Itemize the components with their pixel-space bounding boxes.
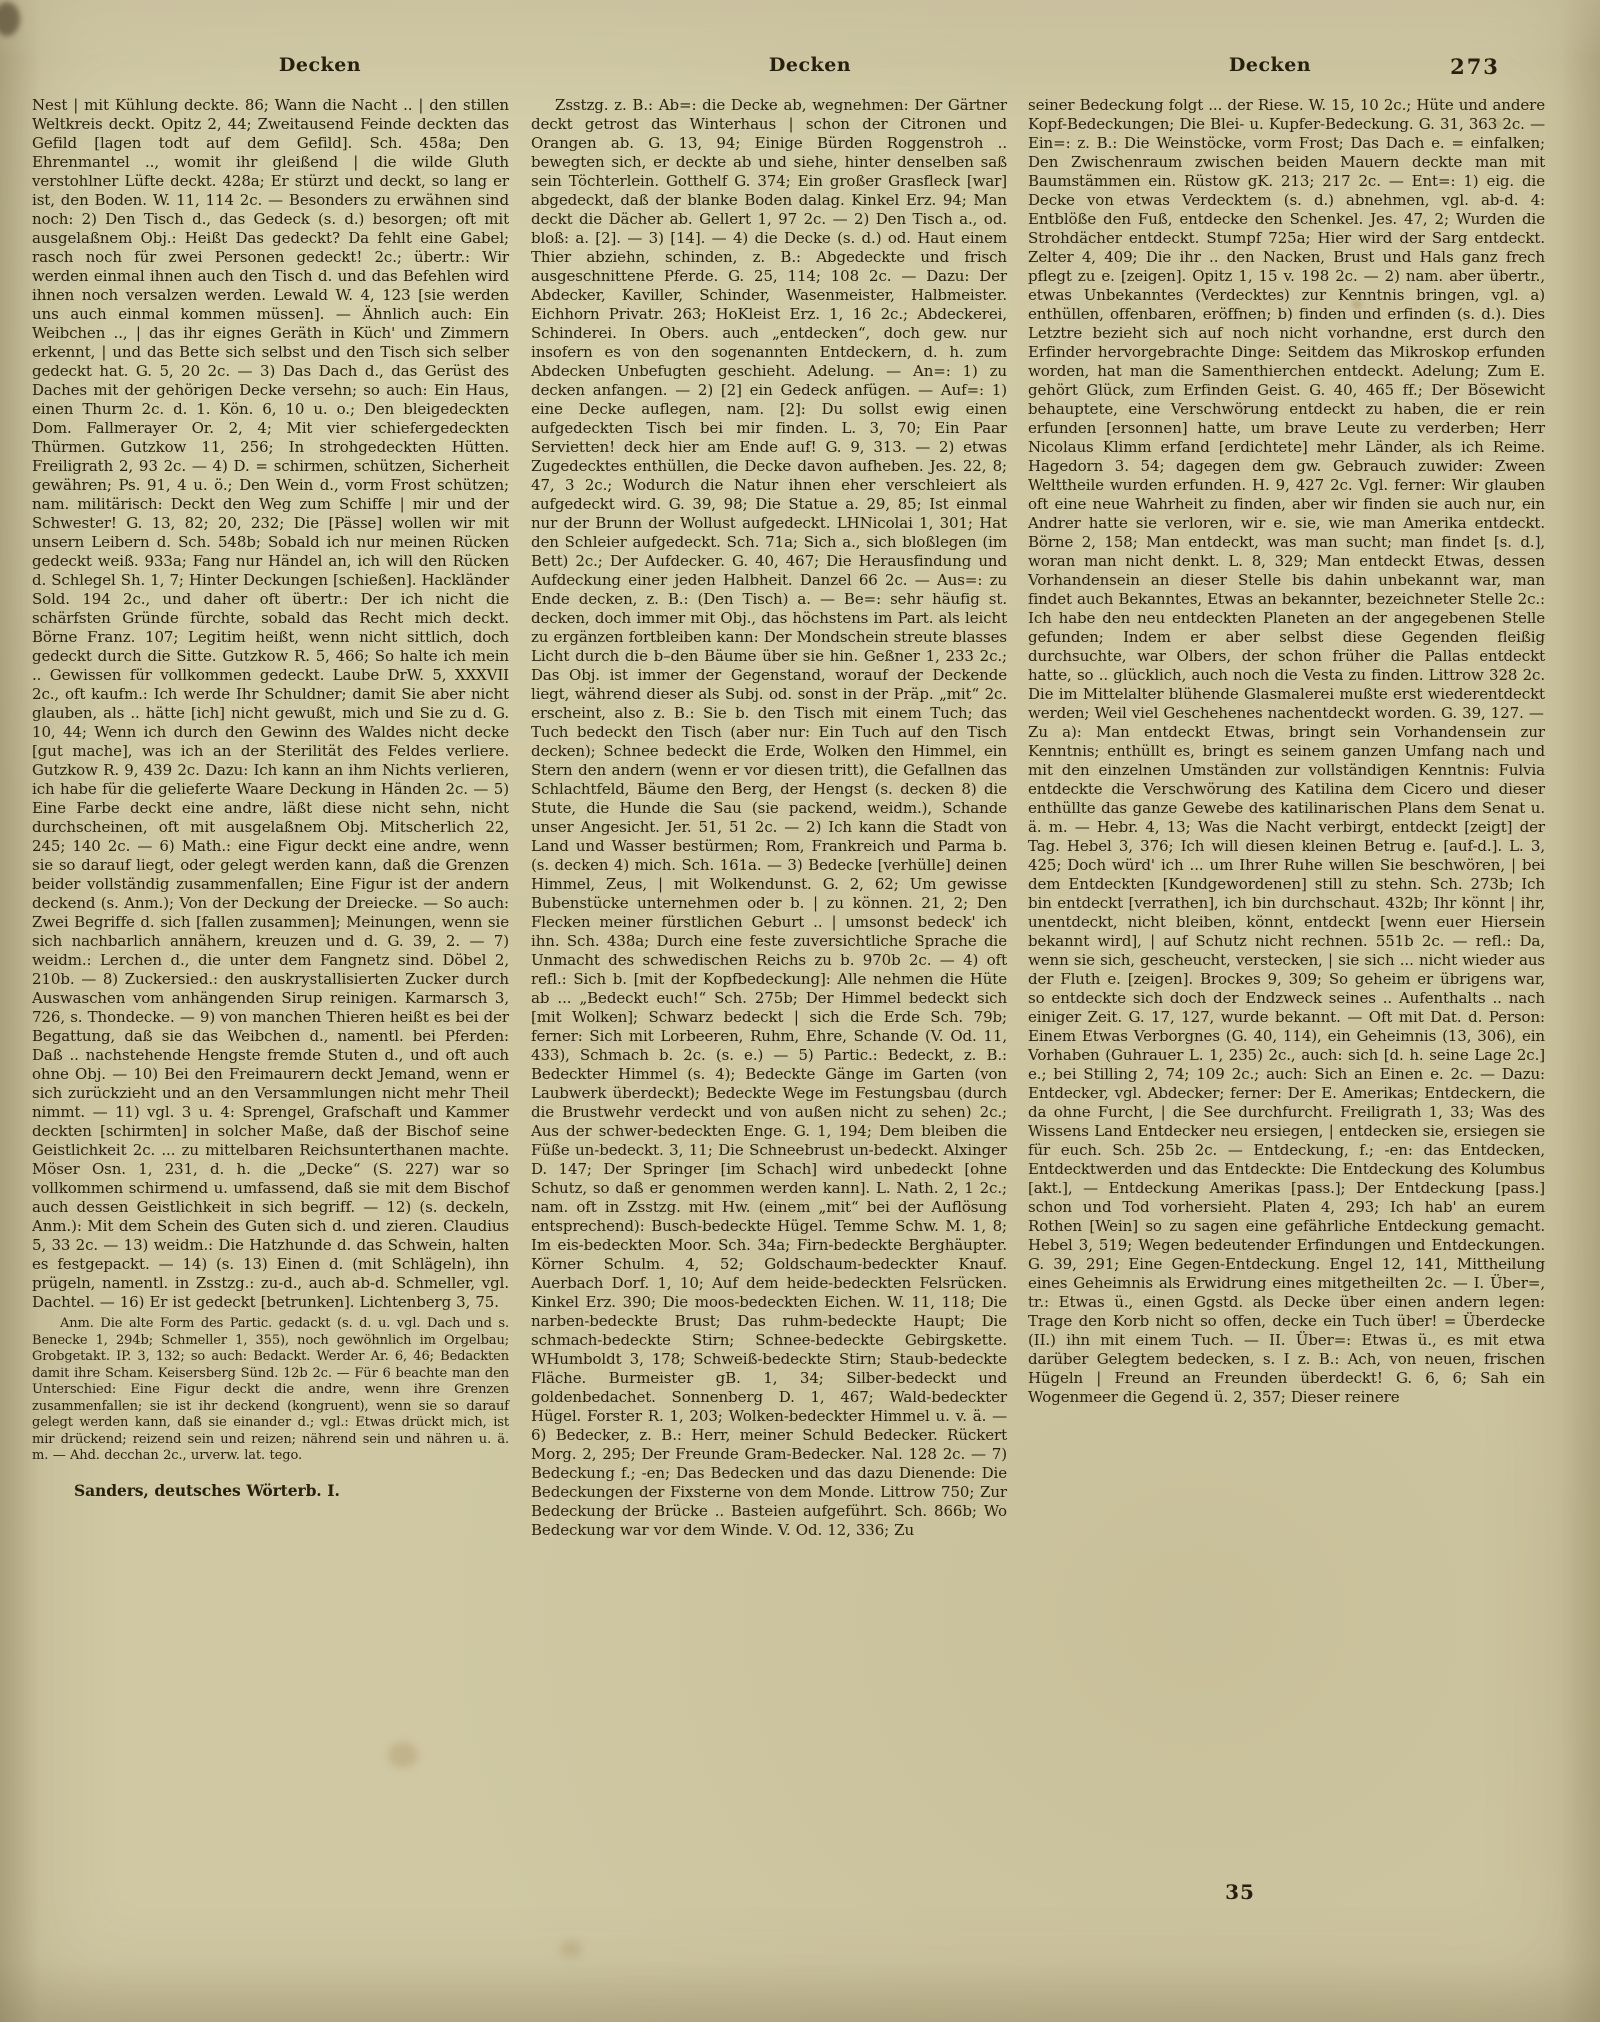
entry-bedeckung-entdecken: seiner Bedeckung folgt ... der Riese. W.… [1028, 96, 1545, 723]
entry-anmerkung: Anm. Die alte Form des Partic. gedackt (… [32, 1316, 509, 1465]
page-number: 273 [1430, 54, 1520, 79]
dictionary-page: Decken Decken Decken 273 Nest | mit Kühl… [0, 0, 1600, 2022]
column-header-3: Decken [1190, 54, 1350, 76]
text-column-3: seiner Bedeckung folgt ... der Riese. W.… [1028, 96, 1545, 1407]
column-header-2: Decken [730, 54, 890, 76]
volume-imprint: Sanders, deutsches Wörterb. I. [32, 1481, 509, 1500]
entry-zu-a-note: Zu a): Man entdeckt Etwas, bringt sein V… [1028, 723, 1545, 1407]
text-column-1: Nest | mit Kühlung deckte. 86; Wann die … [32, 96, 509, 1500]
sheet-signature: 35 [1205, 1880, 1275, 1904]
column-header-1: Decken [240, 54, 400, 76]
running-header: Decken Decken Decken 273 [0, 54, 1600, 84]
paper-stain [560, 1940, 582, 1958]
entry-text-decken-continuation: Nest | mit Kühlung deckte. 86; Wann die … [32, 96, 509, 1312]
text-column-2: Zsstzg. z. B.: Ab=: die Decke ab, wegneh… [531, 96, 1007, 1540]
paper-stain [388, 1742, 418, 1768]
paper-corner-mark [0, 2, 20, 36]
entry-zusammensetzungen: Zsstzg. z. B.: Ab=: die Decke ab, wegneh… [531, 96, 1007, 1540]
